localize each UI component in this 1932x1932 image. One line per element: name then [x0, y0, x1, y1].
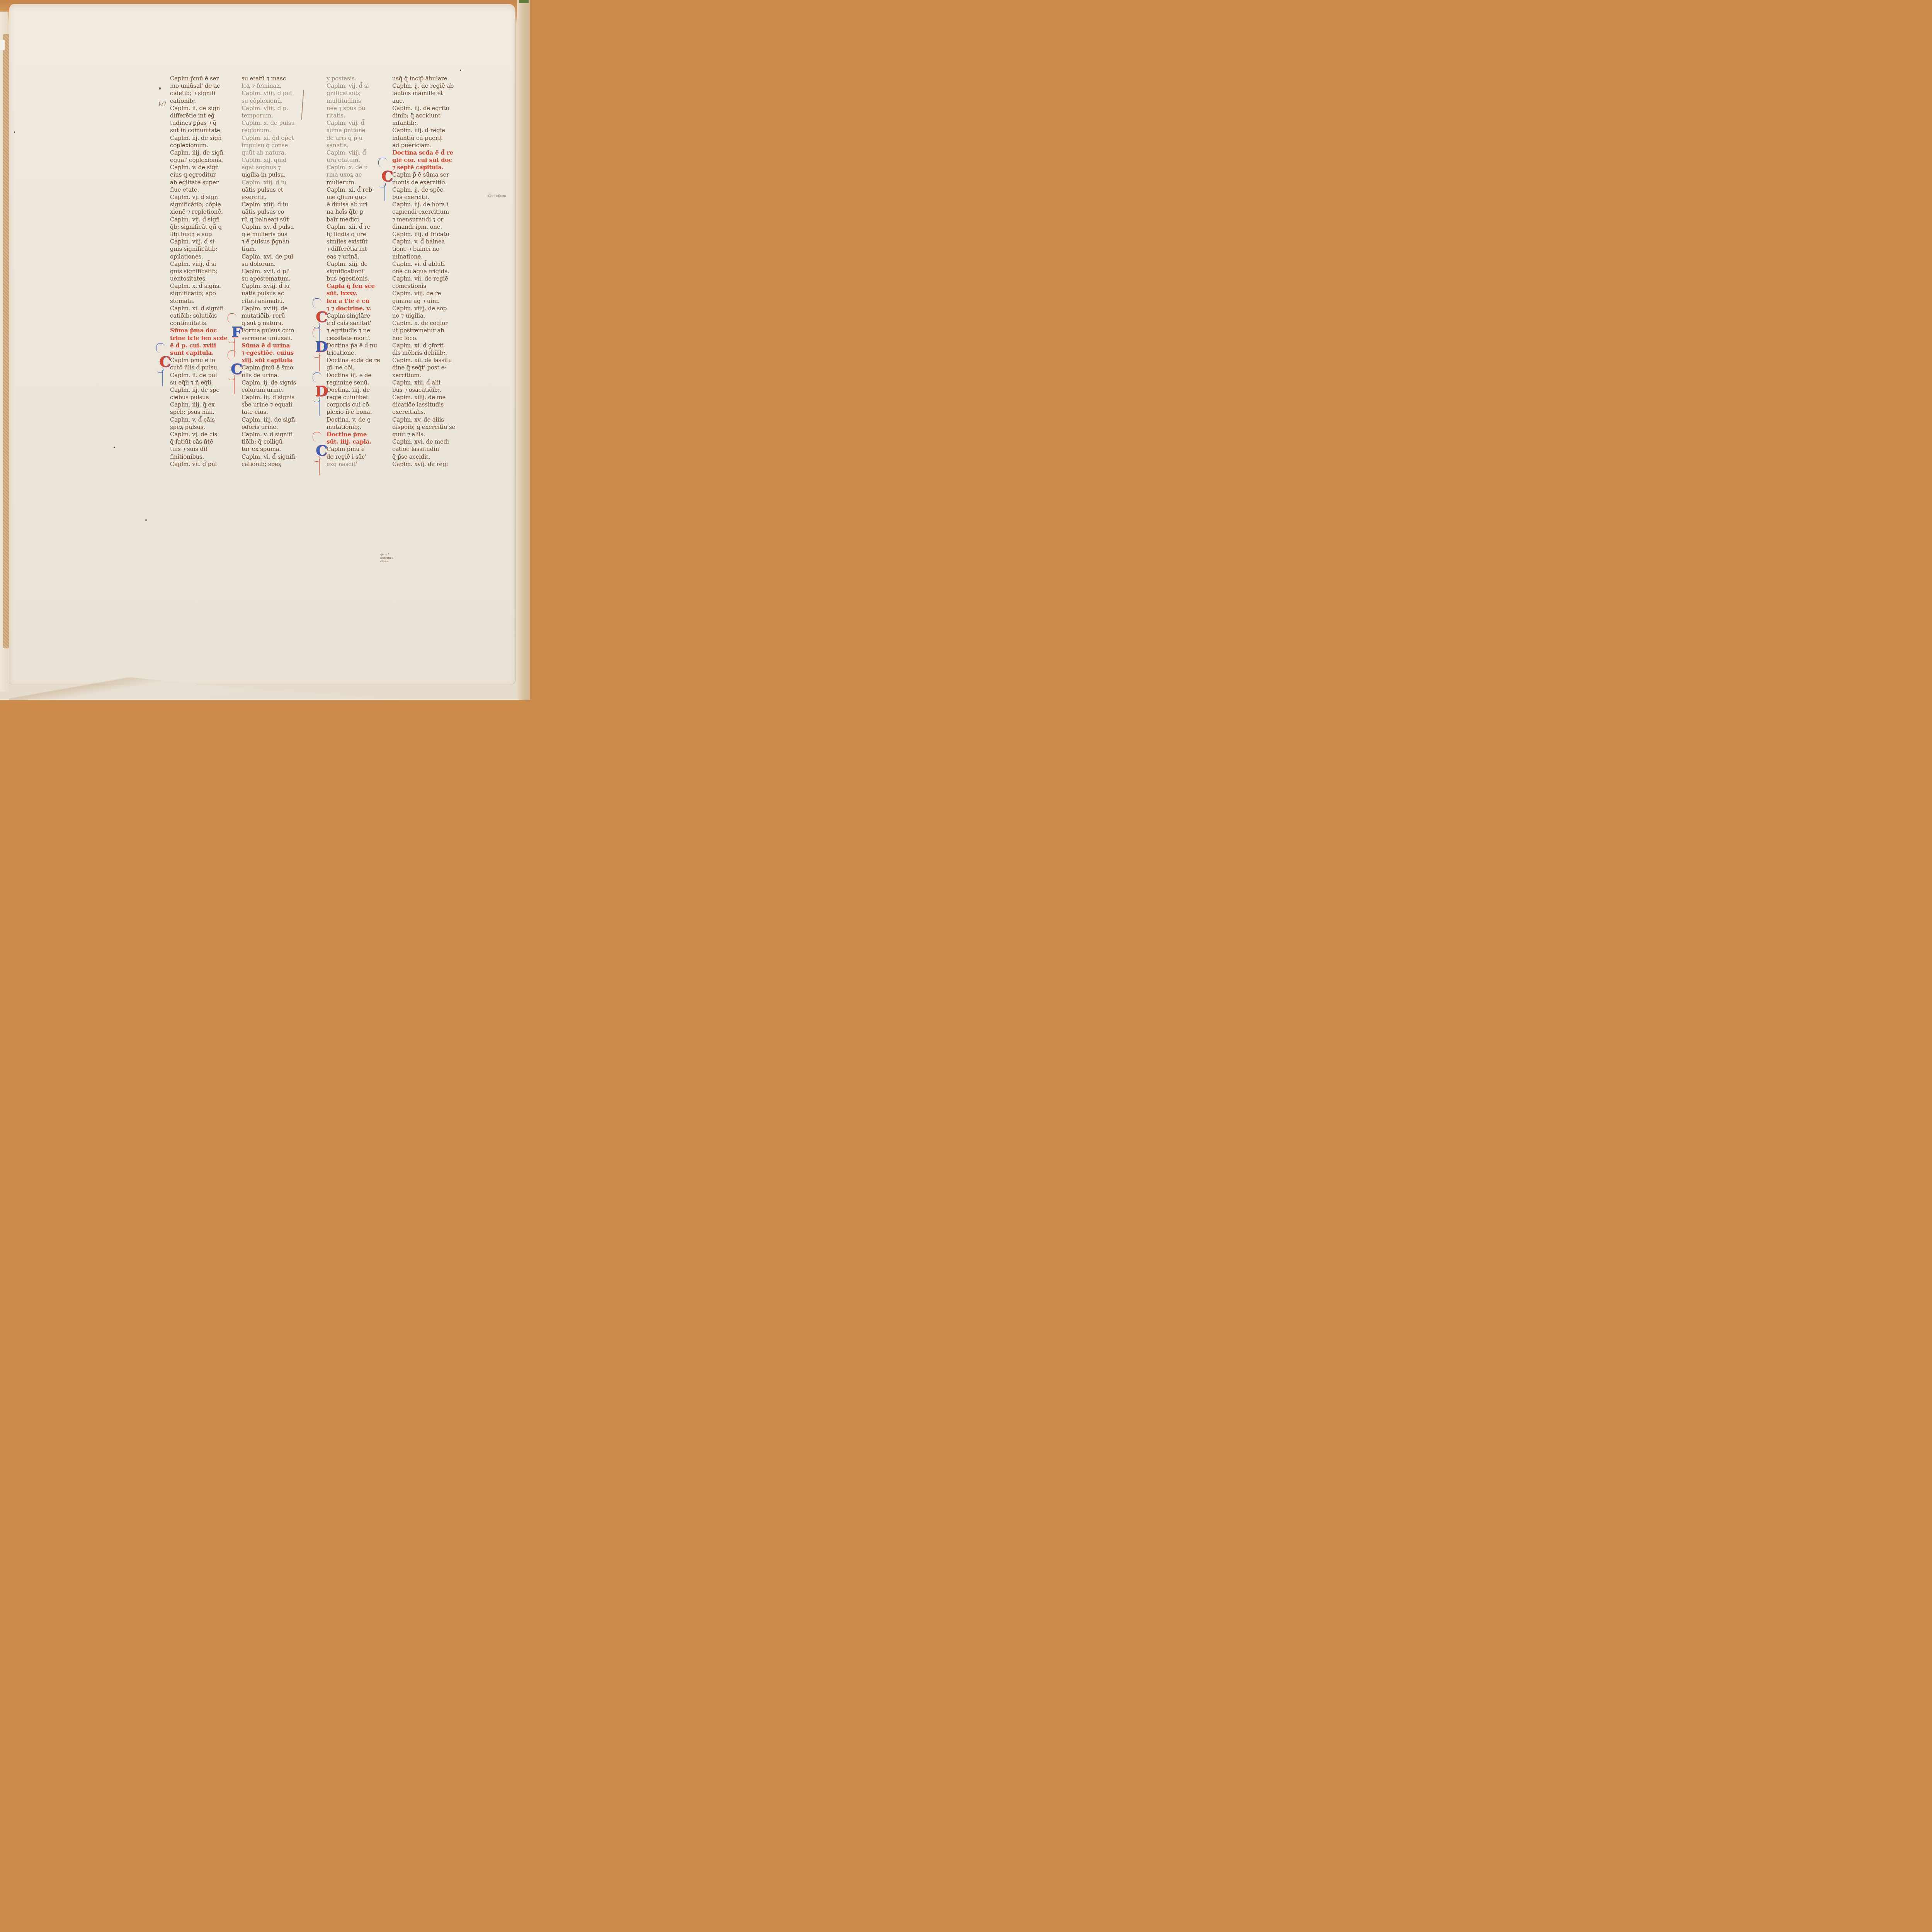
text-line: impulsu q̄ conse	[241, 142, 296, 149]
text-line: uātis pulsus ac	[241, 290, 296, 297]
text-line: ⁊ ē pulsus p̄gnan	[241, 238, 296, 245]
text-line: eius q egreditur	[170, 171, 228, 179]
text-line: tudines ꝑp̄as ⁊ q̃	[170, 119, 228, 127]
text-line: uigilia in pulsu.	[241, 171, 296, 179]
text-line: Caplm. iij. de hora ī	[392, 201, 455, 208]
text-line: Caplm. x. de u	[327, 164, 380, 171]
text-line: opilationes.	[170, 253, 228, 260]
text-line: capiendi exercitium	[392, 208, 455, 216]
pen-flourish	[156, 343, 165, 353]
text-line: minatione.	[392, 253, 455, 260]
text-column-1: Caplm p̄mū ē sermo uniūsal' de accidētib…	[170, 75, 228, 468]
text-line: ab eq̃litate super	[170, 179, 228, 186]
text-line: gimine aq̄ ⁊ uini.	[392, 298, 455, 305]
text-line: corporis cui cō	[327, 401, 380, 408]
text-line: tur ex spuma.	[241, 446, 296, 453]
text-line: su etatū ⁊ masc	[241, 75, 296, 82]
text-line: ritatis.	[327, 112, 380, 119]
text-line: Caplm. xiij. de	[327, 260, 380, 268]
text-line: Caplm. iij. d̄ signis	[241, 394, 296, 401]
text-line: bus exercitii.	[392, 194, 455, 201]
pen-flourish-curl	[313, 396, 320, 402]
pen-flourish	[228, 350, 236, 360]
text-line: Caplm. vii. de regiē	[392, 275, 455, 282]
text-line: ad puericiam.	[392, 142, 455, 149]
text-column-4: usq̄ q̄ incip̄ ābulare.Caplm. ij. de reg…	[392, 75, 455, 468]
text-line: exq̄ nascit'	[327, 461, 380, 468]
text-line: sb̄e urine ⁊ equali	[241, 401, 296, 408]
text-line: Caplm. vij. d̄ si	[327, 82, 380, 90]
text-line: Caplm. iij. de sign̄	[170, 134, 228, 142]
pen-flourish-tail	[234, 378, 235, 394]
rubric-line: sunt capitula.	[170, 349, 228, 357]
text-line: uātis pulsus et	[241, 186, 296, 194]
text-line: Caplm. xvi. de medi	[392, 438, 455, 446]
text-line: tione ⁊ balnei no	[392, 245, 455, 253]
text-line: bus egestionis.	[327, 275, 380, 282]
text-line: regiē cuiūlibet	[327, 394, 380, 401]
text-line: xionē ⁊ repletionē.	[170, 208, 228, 216]
text-line: su eq̃li ⁊ ñ eq̃li.	[170, 379, 228, 386]
text-line: monis de exercitio.	[392, 179, 455, 186]
text-line: Caplm. iiij. d̄ regiē	[392, 127, 455, 134]
rubric-line: Sūma p̄ma doc	[170, 327, 228, 334]
text-line: Caplm. xvi. de pul	[241, 253, 296, 260]
text-line: uēe ⁊ spūs pu	[327, 105, 380, 112]
text-line: Caplm. x. de pulsu	[241, 119, 296, 127]
pen-flourish	[228, 313, 236, 323]
text-line: mutatiōib; rerū	[241, 312, 296, 320]
pen-flourish-curl	[313, 456, 320, 462]
text-line: mulierum.	[327, 179, 380, 186]
text-line: libi hūoꝝ ē sup̄	[170, 231, 228, 238]
rubric-line: sūt. iiij. capla.	[327, 438, 380, 446]
ink-dot	[114, 447, 115, 448]
rubric-line: ⁊ ⁊ doctrine. v.	[327, 305, 380, 312]
text-line: similes existūt	[327, 238, 380, 245]
text-line: Caplm. vij. d̄ sign̄	[170, 216, 228, 223]
text-line: Caplm. vj. de cis	[170, 431, 228, 438]
text-line: q̄b; significāt qñ q	[170, 223, 228, 231]
text-line: Caplm. ij. de regiē ab	[392, 82, 455, 90]
text-line: su cōplexionū.	[241, 97, 296, 105]
text-line: Caplm. ii. de pul	[170, 372, 228, 379]
text-line: Caplm p̄mū ē s̄mo	[241, 364, 296, 371]
text-line: rū q balneati sūt	[241, 216, 296, 223]
text-line: dine q̄ seq̄t' post e-	[392, 364, 455, 371]
text-line: Caplm. v. d̄ cāis	[170, 416, 228, 423]
text-line: ⁊ differētia int	[327, 245, 380, 253]
text-line: Caplm. x. d̄ sign̄s.	[170, 282, 228, 290]
text-line: loꝝ ⁊ feminaꝝ.	[241, 82, 296, 90]
pen-flourish-tail	[319, 355, 320, 371]
text-line: significationi	[327, 268, 380, 275]
text-line: mutationib;.	[327, 423, 380, 431]
ink-dot	[159, 87, 161, 90]
text-line: cationib;.	[170, 97, 228, 105]
text-line: infantib;.	[392, 119, 455, 127]
text-line: hoc loco.	[392, 335, 455, 342]
text-line: q̄ ē mulieris p̄us	[241, 231, 296, 238]
text-line: exercitialis.	[392, 408, 455, 416]
text-line: cōplexionum.	[170, 142, 228, 149]
text-line: ūlis de urina.	[241, 372, 296, 379]
text-line: Caplm. xv. d̄ pulsu	[241, 223, 296, 231]
text-line: Caplm. iiij. q̄ ex	[170, 401, 228, 408]
ink-dot	[145, 519, 147, 521]
text-line: usq̄ q̄ incip̄ ābulare.	[392, 75, 455, 82]
text-line: eas ⁊ urinā.	[327, 253, 380, 260]
pen-flourish-curl	[228, 337, 235, 343]
text-line: xercitium.	[392, 372, 455, 379]
text-line: Caplm singlāre	[327, 312, 380, 320]
text-line: su dolorum.	[241, 260, 296, 268]
text-line: tiōib; q̄ colligū	[241, 438, 296, 446]
pen-flourish-tail	[319, 459, 320, 475]
text-line: speꝝ pulsus.	[170, 423, 228, 431]
text-line: gī. ne cōi.	[327, 364, 380, 371]
text-line: one cū aqua frigida.	[392, 268, 455, 275]
text-line: aue.	[392, 97, 455, 105]
text-line: catiōib; solutiōis	[170, 312, 228, 320]
text-line: ⁊ mensurandi ⁊ or	[392, 216, 455, 223]
text-line: Caplm. viiij. de sop	[392, 305, 455, 312]
text-line: Caplm. v. d̄ signifi	[241, 431, 296, 438]
text-line: b; liq̄dis q̄ urē	[327, 231, 380, 238]
text-line: Caplm. xviij. d̄ iu	[241, 282, 296, 290]
text-line: Caplm. vj. d̄ sign̄	[170, 194, 228, 201]
rubric-line: xiij. sūt capitula	[241, 357, 296, 364]
text-line: Forma pulsus cum	[241, 327, 296, 334]
text-line: uīe ꝗlium q̄ūo	[327, 194, 380, 201]
text-line: Caplm. ij. de spēc-	[392, 186, 455, 194]
rubric-line: giē cor. cui sūt doc	[392, 156, 455, 164]
pen-flourish-curl	[228, 374, 235, 380]
text-line: temporum.	[241, 112, 296, 119]
text-line: dinib; q̄ accidunt	[392, 112, 455, 119]
text-line: baīr medici.	[327, 216, 380, 223]
text-line: odoris urine.	[241, 423, 296, 431]
text-line: Caplm. viij. d̄ si	[170, 238, 228, 245]
text-line: de urīs q̄ p̄ u	[327, 134, 380, 142]
text-line: dispōib; q̄ exercitiū se	[392, 423, 455, 431]
rubric-line: fen a t'ie ē cū	[327, 298, 380, 305]
text-line: flue etate.	[170, 186, 228, 194]
text-line: ⁊ egritudīs ⁊ ne	[327, 327, 380, 334]
text-line: colorum urine.	[241, 386, 296, 394]
text-line: Caplm. x. de coq̄ior	[392, 320, 455, 327]
text-line: uātis pulsus co	[241, 208, 296, 216]
rubric-line: Capla q̄ fen sc̄e	[327, 282, 380, 290]
text-line: Caplm. viiij. d̄ p.	[241, 105, 296, 112]
text-line: sūt in cōmunitate	[170, 127, 228, 134]
text-line: multitudinis	[327, 97, 380, 105]
text-line: Caplm. iiij. de sign̄	[170, 149, 228, 156]
text-line: Doctina scda de re	[327, 357, 380, 364]
text-line: mo uniūsal' de ac	[170, 82, 228, 90]
text-line: ut postremetur ab	[392, 327, 455, 334]
text-line: Caplm. vi. d̄ ablutī	[392, 260, 455, 268]
text-line: gnis significātib;	[170, 268, 228, 275]
margin-gloss-right: ab̄u leg̃hom	[488, 194, 506, 197]
pen-flourish	[378, 158, 387, 167]
pen-flourish	[313, 298, 321, 308]
text-line: Caplm. xi. d̄ signifi	[170, 305, 228, 312]
text-line: sanatis.	[327, 142, 380, 149]
text-line: Caplm. vii. d̄ pul	[170, 461, 228, 468]
pen-flourish-tail	[162, 370, 163, 386]
folio-mark: fe7	[158, 101, 167, 107]
text-line: quūt ab natura.	[241, 149, 296, 156]
text-line: quūt ⁊ aliis.	[392, 431, 455, 438]
text-line: infantiū cū puerit	[392, 134, 455, 142]
text-line: Caplm p̄mū ē ser	[170, 75, 228, 82]
text-line: Caplm. xii. de lassitu	[392, 357, 455, 364]
text-line: Caplm. xi. d̄ reb'	[327, 186, 380, 194]
text-line: Caplm. ij. de signis	[241, 379, 296, 386]
text-line: Caplm. xvii. d̄ pl'	[241, 268, 296, 275]
text-line: differētie int eg̃	[170, 112, 228, 119]
text-line: significātib; cōple	[170, 201, 228, 208]
text-line: cutō ūlis d̄ pulsu.	[170, 364, 228, 371]
text-line: Caplm. iij. de spe	[170, 386, 228, 394]
text-line: Caplm. viiij. d̄	[327, 149, 380, 156]
text-line: cidētib; ⁊ signifi	[170, 90, 228, 97]
text-line: regimine senū.	[327, 379, 380, 386]
text-line: Doctina. iiij. de	[327, 386, 380, 394]
text-line: ē d̄ cāis sanitat'	[327, 320, 380, 327]
text-line: Doctina. v. de ꝯ	[327, 416, 380, 423]
text-line: Caplm. viiij. d̄ si	[170, 260, 228, 268]
text-line: Caplm. v. d̄ balnea	[392, 238, 455, 245]
rubric-line: Doctina scda ē d̄ re	[392, 149, 455, 156]
text-line: Caplm. ii. de sign̄	[170, 105, 228, 112]
pen-flourish	[313, 432, 321, 442]
text-line: catiōe lassitudin'	[392, 446, 455, 453]
text-line: stemata.	[170, 298, 228, 305]
text-line: tium.	[241, 245, 296, 253]
text-line: gnis significātib;	[170, 245, 228, 253]
text-line: lactoīs mamille et	[392, 90, 455, 97]
text-line: Caplm p̄mū ē	[327, 446, 380, 453]
rubric-line: sūt. lxxxv.	[327, 290, 380, 297]
text-line: y postasis.	[327, 75, 380, 82]
text-line: Caplm. viij. d̄	[327, 119, 380, 127]
text-line: plexio ñ ē bona.	[327, 408, 380, 416]
text-line: rina uxoꝝ ac	[327, 171, 380, 179]
text-line: Caplm. xii. d̄ re	[327, 223, 380, 231]
rubric-line: ⁊ septē capitula.	[392, 164, 455, 171]
text-line: continuitatis.	[170, 320, 228, 327]
text-line: Caplm. xi. q̄d op̄et	[241, 134, 296, 142]
text-line: significātib; apo	[170, 290, 228, 297]
rubric-line: trine tcie fen scde	[170, 335, 228, 342]
text-line: Caplm. xviiij. de	[241, 305, 296, 312]
text-line: de regiē i sāc'	[327, 453, 380, 461]
text-line: Caplm p̄mū ē lo	[170, 357, 228, 364]
text-line: su apostematum.	[241, 275, 296, 282]
text-line: regionum.	[241, 127, 296, 134]
text-line: q̄ fatiūt cās n̄tē	[170, 438, 228, 446]
text-line: Caplm. xiiij. de me	[392, 394, 455, 401]
text-line: spēb; p̄sus nāli.	[170, 408, 228, 416]
text-line: Doctina p̄a ē d̄ nu	[327, 342, 380, 349]
pen-flourish-curl	[379, 182, 386, 187]
text-line: urā etatum.	[327, 156, 380, 164]
text-line: sūma p̄ntione	[327, 127, 380, 134]
text-line: Doctina iij. ē de	[327, 372, 380, 379]
text-line: tricatione.	[327, 349, 380, 357]
text-line: Caplm p̄ ē sūma ser	[392, 171, 455, 179]
text-line: Caplm. iiij. d̄ fricatu	[392, 231, 455, 238]
text-line: cessitate mort'.	[327, 335, 380, 342]
text-line: Caplm. viiij. d̄ pul	[241, 90, 296, 97]
text-line: exercitii.	[241, 194, 296, 201]
text-column-3: y postasis.Caplm. vij. d̄ significatiōib…	[327, 75, 380, 468]
text-line: bus ⁊ osacatiōib;.	[392, 386, 455, 394]
text-line: Caplm. xvij. de regi	[392, 461, 455, 468]
text-line: q̄ sūt ꝯ naturā.	[241, 320, 296, 327]
text-line: cationib; spēꝝ	[241, 461, 296, 468]
text-line: no ⁊ uigilia.	[392, 312, 455, 320]
rubric-line: Doctine p̄me	[327, 431, 380, 438]
ink-dot	[460, 70, 461, 71]
pen-flourish-curl	[157, 367, 163, 373]
pen-flourish	[313, 372, 321, 382]
text-line: ē diuisa ab uri	[327, 201, 380, 208]
fore-edge	[517, 0, 530, 700]
text-line: tate eius.	[241, 408, 296, 416]
text-line: agat sopnus ⁊	[241, 164, 296, 171]
text-line: tuis ⁊ suis dif	[170, 446, 228, 453]
text-line: Caplm. vi. d̄ signifi	[241, 453, 296, 461]
pen-flourish-tail	[384, 185, 385, 201]
margin-gloss-col3: ḡe x / nutrita / cione	[380, 553, 396, 563]
text-line: Caplm. v. de sign̄	[170, 164, 228, 171]
rubric-line: ⁊ egestiōe. cuius	[241, 349, 296, 357]
rubric-line: Sūma ē d̄ urina	[241, 342, 296, 349]
text-line: Caplm. xiiij. d̄ iu	[241, 201, 296, 208]
pen-flourish	[313, 328, 321, 338]
text-line: equal' cōplexionis.	[170, 156, 228, 164]
pen-flourish-tail	[319, 400, 320, 416]
text-line: Caplm. xiij. d̄ iu	[241, 179, 296, 186]
text-line: Caplm. iiij. de sign̄	[241, 416, 296, 423]
text-line: dinandi ipm. one.	[392, 223, 455, 231]
text-column-2: su etatū ⁊ mascloꝝ ⁊ feminaꝝ.Caplm. viii…	[241, 75, 296, 468]
text-line: na hoīs q̄b; p	[327, 208, 380, 216]
text-line: gnificatiōib;	[327, 90, 380, 97]
text-line: Caplm. xv. de aliis	[392, 416, 455, 423]
text-line: ciebus pulsus	[170, 394, 228, 401]
text-line: q̄ p̄se accidit.	[392, 453, 455, 461]
text-line: Caplm. iij. de egritu	[392, 105, 455, 112]
text-line: Caplm. xiii. d̄ alii	[392, 379, 455, 386]
rubric-line: ē d̄ p. cui. xviii	[170, 342, 228, 349]
page-tab	[0, 40, 5, 50]
ink-dot	[14, 131, 15, 133]
text-line: uentositates.	[170, 275, 228, 282]
text-line: dis mēbris debilib;.	[392, 349, 455, 357]
text-line: comestionis	[392, 282, 455, 290]
text-line: finitionibus.	[170, 453, 228, 461]
pen-flourish-curl	[313, 352, 320, 358]
corner-fabric	[519, 0, 529, 3]
text-line: Caplm. xij. quid	[241, 156, 296, 164]
pen-flourish-curl	[313, 322, 320, 328]
text-line: Caplm. xi. d̄ ꝯforti	[392, 342, 455, 349]
text-line: dicatiōe lassitudis	[392, 401, 455, 408]
text-line: sermone uniūsali.	[241, 335, 296, 342]
text-line: citati animaliū.	[241, 298, 296, 305]
text-line: Caplm. viij. de re	[392, 290, 455, 297]
